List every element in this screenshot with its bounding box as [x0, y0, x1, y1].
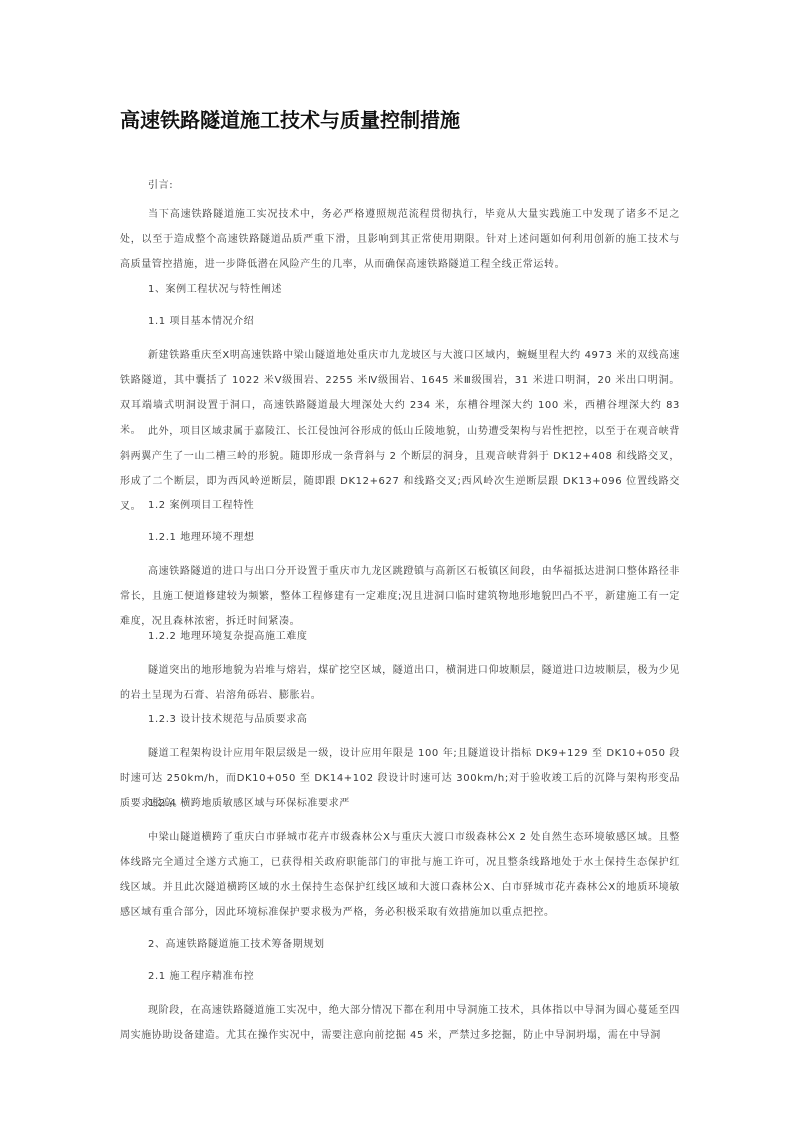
section-heading-2-1: 2.1 施工程序精准布控: [148, 967, 254, 987]
intro-paragraph: 当下高速铁路隧道施工实况技术中，务必严格遵照规范流程贯彻执行，毕竟从大量实践施工…: [120, 202, 680, 277]
section-heading-1-2-2: 1.2.2 地理环境复杂提高施工难度: [148, 627, 307, 647]
paragraph-1-2-4: 中梁山隧道横跨了重庆白市驿城市花卉市级森林公X与重庆大渡口市级森林公X 2 处自…: [120, 825, 680, 925]
section-heading-1-2-3: 1.2.3 设计技术规范与品质要求高: [148, 710, 307, 730]
section-heading-2: 2、高速铁路隧道施工技术筹备期规划: [148, 935, 325, 955]
document-page: 高速铁路隧道施工技术与质量控制措施 引言: 当下高速铁路隧道施工实况技术中，务必…: [0, 0, 794, 1122]
paragraph-1-2-1: 高速铁路隧道的进口与出口分开设置于重庆市九龙区跳蹬镇与高新区石板镇区间段，由华福…: [120, 559, 680, 634]
intro-label: 引言:: [148, 176, 173, 196]
section-heading-1-2: 1.2 案例项目工程特性: [148, 496, 254, 516]
document-title: 高速铁路隧道施工技术与质量控制措施: [120, 106, 720, 134]
section-heading-1-1: 1.1 项目基本情况介绍: [148, 312, 254, 332]
section-heading-1: 1、案例工程状况与特性阐述: [148, 280, 282, 300]
paragraph-2-1: 现阶段，在高速铁路隧道施工实况中，绝大部分情况下都在利用中导洞施工技术，具体指以…: [120, 998, 680, 1048]
section-heading-1-2-1: 1.2.1 地理环境不理想: [148, 528, 254, 548]
section-heading-1-2-4: 1.2.4 横跨地质敏感区域与环保标准要求严: [148, 794, 350, 814]
paragraph-1-2-2: 隧道突出的地形地貌为岩堆与熔岩，煤矿挖空区域，隧道出口，横洞进口仰坡顺层，隧道进…: [120, 658, 680, 708]
